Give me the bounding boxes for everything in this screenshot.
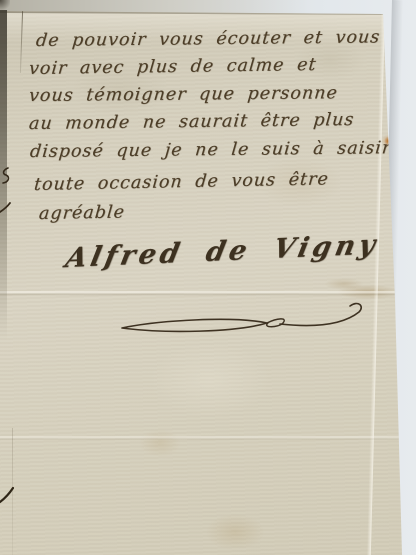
letter-line: de pouvoir vous écouter et vous [35,27,381,51]
letter-line: voir avec plus de calme et [28,55,317,79]
vertical-fold-crease [20,11,23,73]
signature-paraph [112,295,374,339]
paper-right-edge-highlight [367,13,385,555]
letter-line: toute occasion de vous être [33,169,329,195]
letter-line: disposé que je ne le suis à saisir [29,138,392,162]
letter-paper: de pouvoir vous écouter et vous voir ave… [0,0,416,555]
horizontal-fold-crease [0,436,416,440]
backdrop-dark-corner [0,0,10,10]
marginal-ink-mark [0,199,12,215]
signature: Alfred de Vigny [63,229,382,274]
letter-line: au monde ne saurait être plus [28,110,355,134]
letter-line: agréable [38,202,126,224]
marginal-ink-mark [0,485,14,505]
letter-photograph: de pouvoir vous écouter et vous voir ave… [0,0,416,555]
letter-line: vous témoigner que personne [28,83,339,106]
marginal-ink-mark [0,166,12,186]
